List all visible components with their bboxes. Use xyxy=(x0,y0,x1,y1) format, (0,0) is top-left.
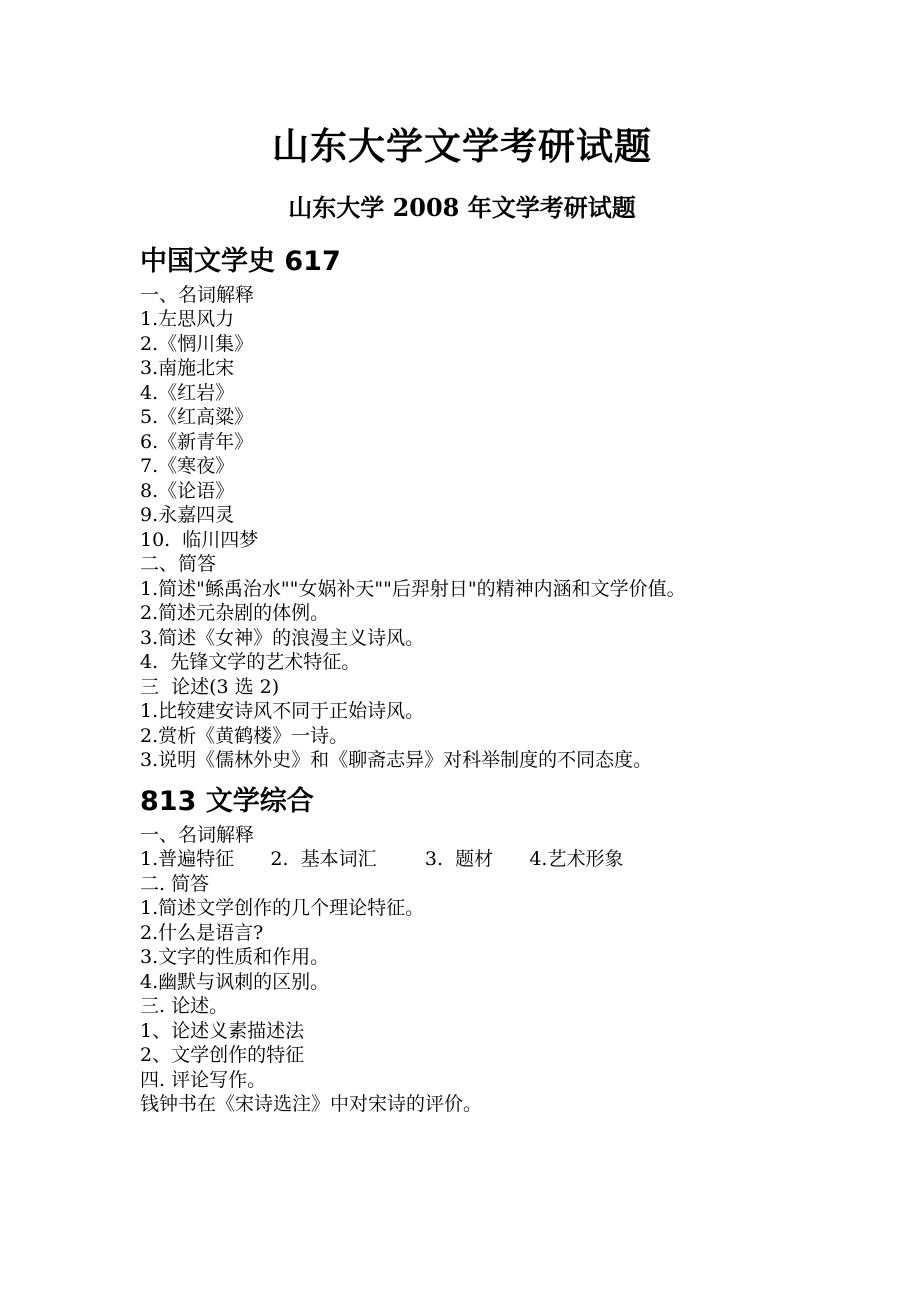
document-subtitle: 山东大学 2008 年文学考研试题 xyxy=(140,193,784,223)
text-line: 3.文字的性质和作用。 xyxy=(140,945,784,970)
text-line: 2.简述元杂剧的体例。 xyxy=(140,601,784,626)
section-chinese-literary-history-617: 中国文学史 617 一、名词解释 1.左思风力 2.《惘川集》 3.南施北宋 4… xyxy=(140,246,784,773)
text-line: 1.普遍特征 2. 基本词汇 3. 题材 4.艺术形象 xyxy=(140,847,784,872)
text-line: 3.说明《儒林外史》和《聊斋志异》对科举制度的不同态度。 xyxy=(140,748,784,773)
text-line: 2.《惘川集》 xyxy=(140,332,784,357)
text-line: 1.简述"鲧禹治水""女娲补天""后羿射日"的精神内涵和文学价值。 xyxy=(140,577,784,602)
text-line: 2、文学创作的特征 xyxy=(140,1043,784,1068)
section-813-literature-comprehensive: 813 文学综合 一、名词解释 1.普遍特征 2. 基本词汇 3. 题材 4.艺… xyxy=(140,786,784,1117)
text-line: 一、名词解释 xyxy=(140,283,784,308)
text-line: 4. 先锋文学的艺术特征。 xyxy=(140,650,784,675)
text-line: 3.简述《女神》的浪漫主义诗风。 xyxy=(140,626,784,651)
text-line: 10. 临川四梦 xyxy=(140,528,784,553)
section-heading: 中国文学史 617 xyxy=(140,246,784,277)
text-line: 钱钟书在《宋诗选注》中对宋诗的评价。 xyxy=(140,1092,784,1117)
document-page: 山东大学文学考研试题 山东大学 2008 年文学考研试题 中国文学史 617 一… xyxy=(0,0,920,1302)
text-line: 1.比较建安诗风不同于正始诗风。 xyxy=(140,699,784,724)
document-content: 山东大学文学考研试题 山东大学 2008 年文学考研试题 中国文学史 617 一… xyxy=(140,0,784,1117)
text-line: 7.《寒夜》 xyxy=(140,454,784,479)
text-line: 3.南施北宋 xyxy=(140,356,784,381)
text-line: 一、名词解释 xyxy=(140,823,784,848)
text-line: 1.简述文学创作的几个理论特征。 xyxy=(140,896,784,921)
text-line: 三 论述(3 选 2) xyxy=(140,675,784,700)
text-line: 1.左思风力 xyxy=(140,307,784,332)
document-title: 山东大学文学考研试题 xyxy=(140,126,784,169)
section-body: 一、名词解释 1.普遍特征 2. 基本词汇 3. 题材 4.艺术形象 二. 简答… xyxy=(140,823,784,1117)
text-line: 6.《新青年》 xyxy=(140,430,784,455)
section-body: 一、名词解释 1.左思风力 2.《惘川集》 3.南施北宋 4.《红岩》 5.《红… xyxy=(140,283,784,773)
section-heading: 813 文学综合 xyxy=(140,786,784,817)
text-line: 2.赏析《黄鹤楼》一诗。 xyxy=(140,724,784,749)
text-line: 4.《红岩》 xyxy=(140,381,784,406)
text-line: 8.《论语》 xyxy=(140,479,784,504)
text-line: 9.永嘉四灵 xyxy=(140,503,784,528)
text-line: 4.幽默与讽刺的区别。 xyxy=(140,970,784,995)
text-line: 二、简答 xyxy=(140,552,784,577)
text-line: 二. 简答 xyxy=(140,872,784,897)
text-line: 三. 论述。 xyxy=(140,994,784,1019)
text-line: 2.什么是语言? xyxy=(140,921,784,946)
text-line: 5.《红高粱》 xyxy=(140,405,784,430)
text-line: 四. 评论写作。 xyxy=(140,1068,784,1093)
text-line: 1、论述义素描述法 xyxy=(140,1019,784,1044)
